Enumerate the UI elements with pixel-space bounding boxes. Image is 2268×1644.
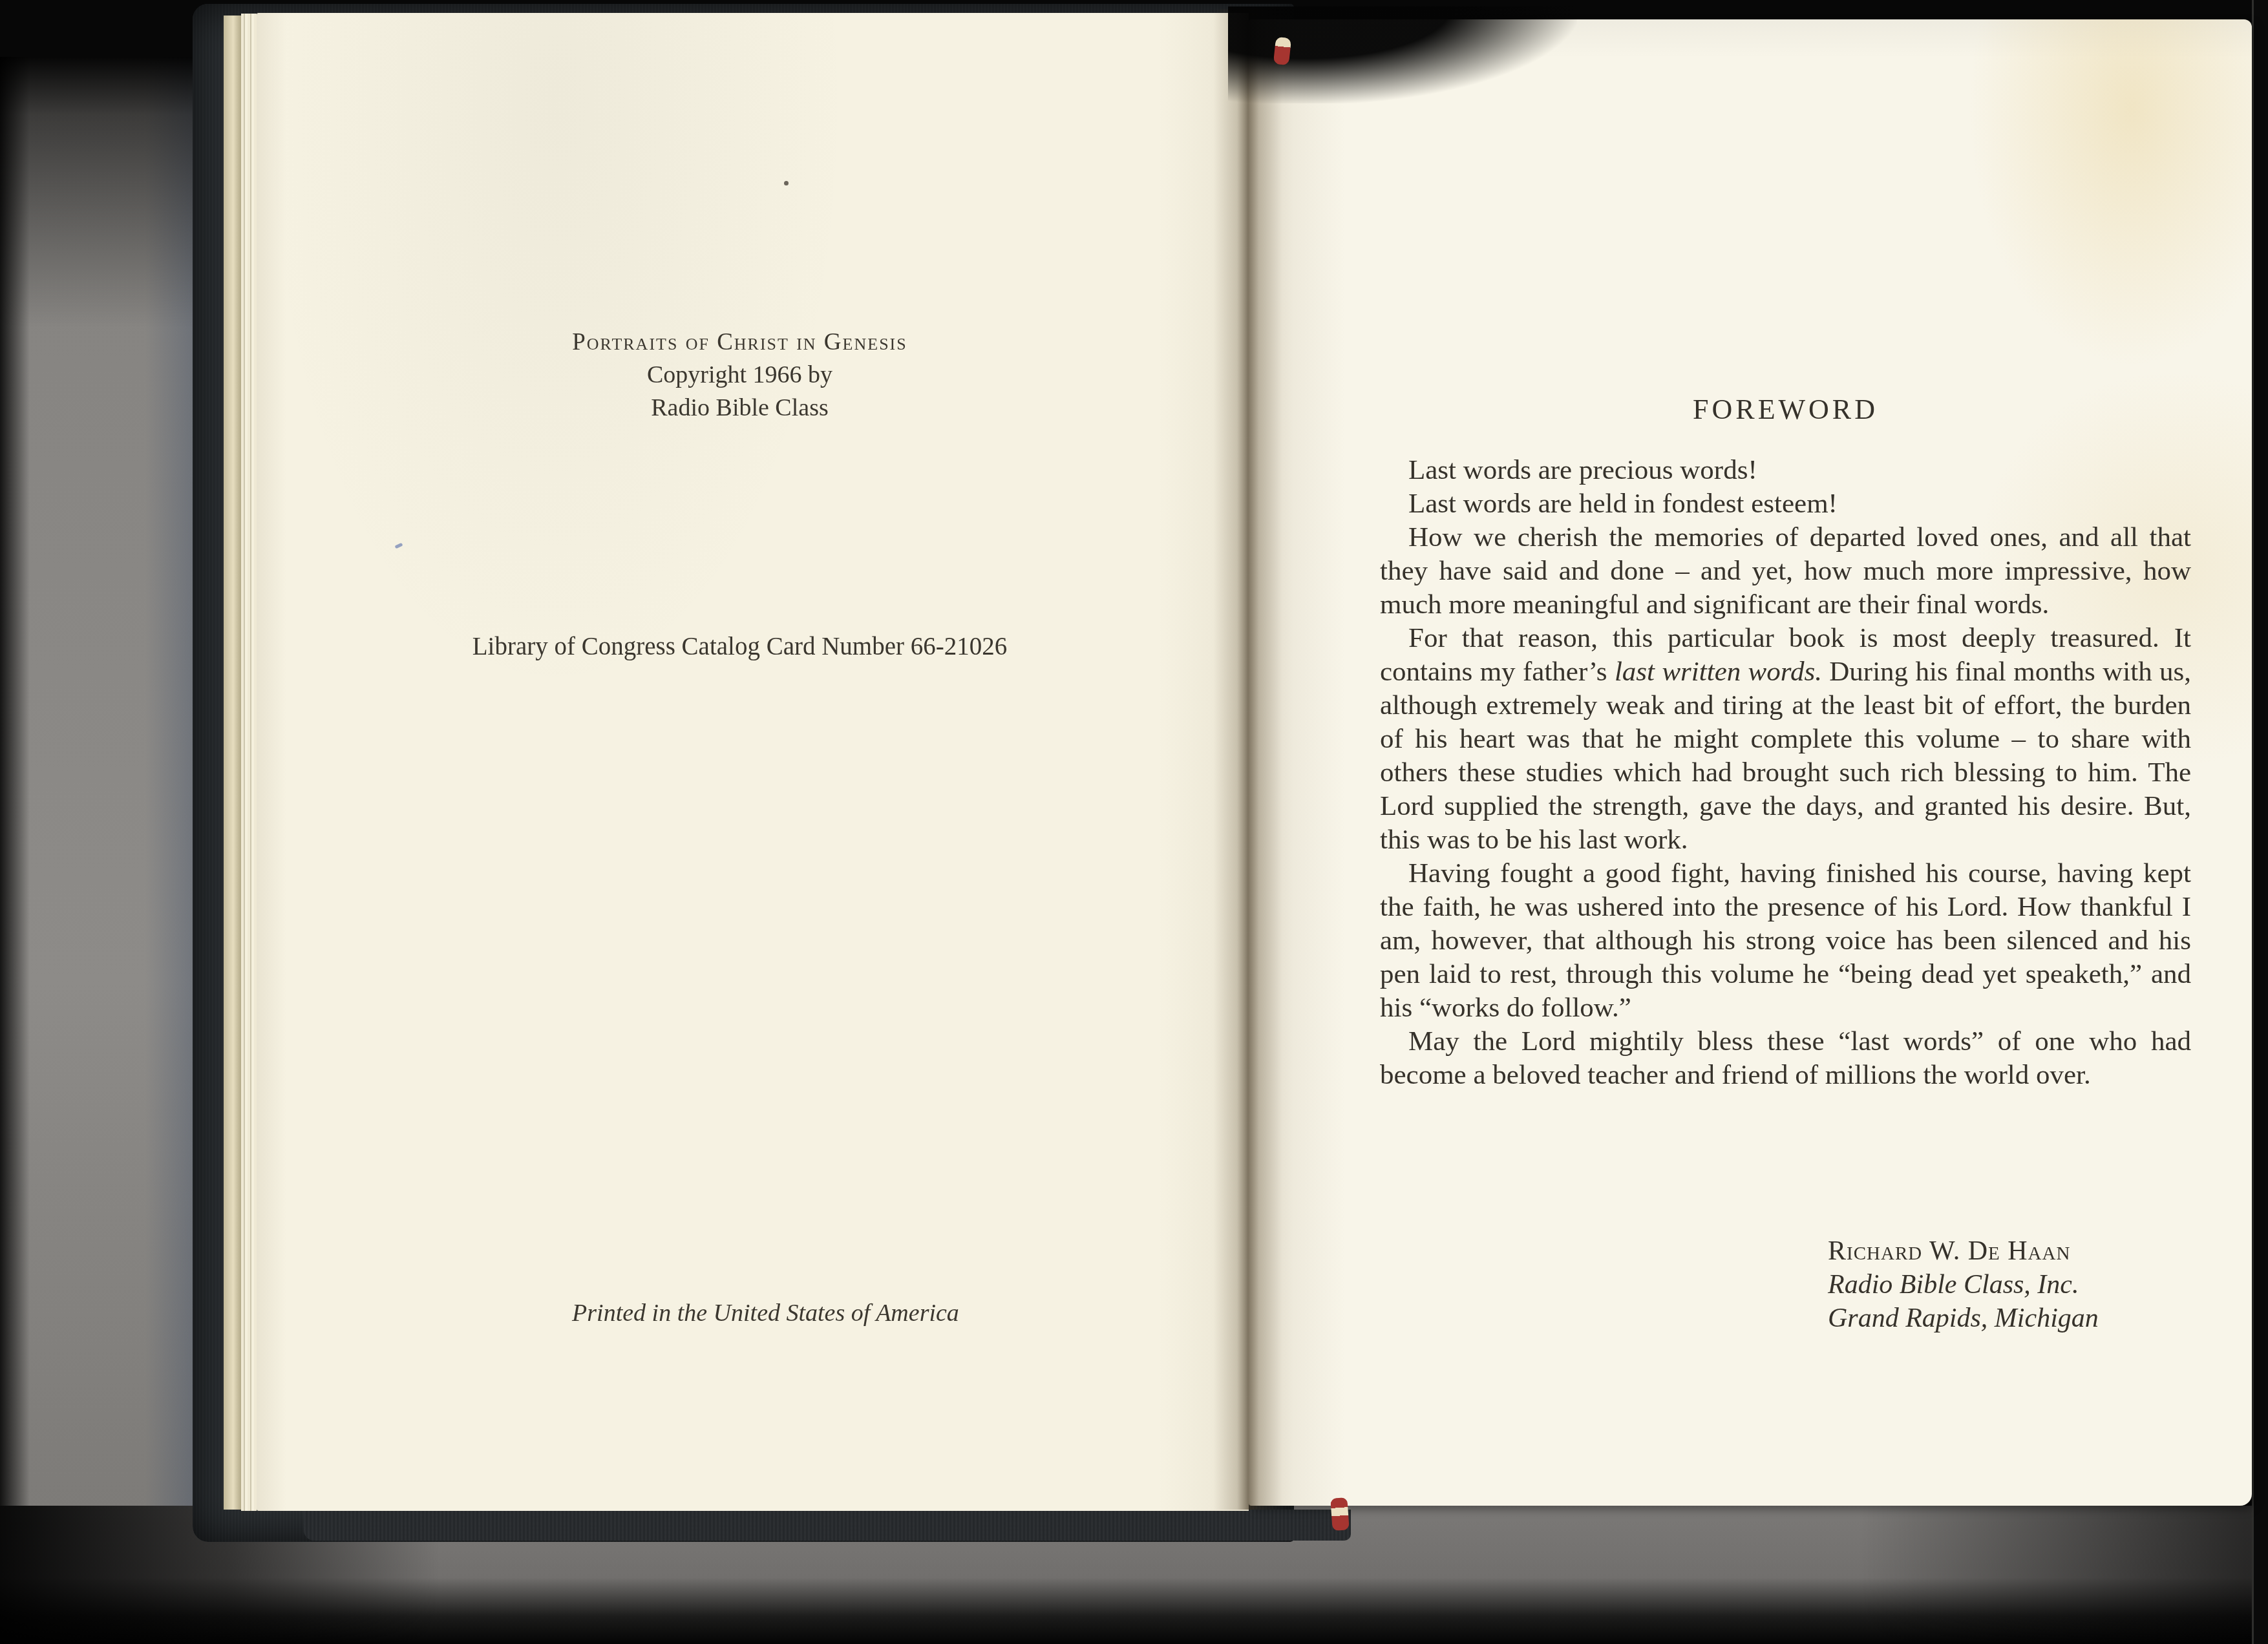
foreword-paragraph: Having fought a good fight, having finis… [1380,857,2191,1025]
headband-bottom [1330,1497,1349,1531]
catalog-card-line: Library of Congress Catalog Card Number … [257,632,1223,661]
scanner-bed-right-edge [2252,0,2268,1644]
endpaper-edge [224,16,241,1510]
publisher-line: Radio Bible Class [257,392,1223,425]
foreword-body: Last words are precious words! Last word… [1380,454,2191,1092]
paper-speck [784,181,789,185]
copyright-block: Portraits of Christ in Genesis Copyright… [257,326,1223,425]
signature-name: Richard W. De Haan [1828,1234,2190,1268]
book-title-line: Portraits of Christ in Genesis [257,326,1223,359]
copyright-line: Copyright 1966 by [257,359,1223,392]
headband-top [1273,37,1291,65]
gutter-shadow [1214,9,1282,1510]
signature-location: Grand Rapids, Michigan [1828,1301,2190,1335]
printed-in-usa-line: Printed in the United States of America [282,1299,1249,1327]
scanned-book-spread: Portraits of Christ in Genesis Copyright… [0,0,2268,1644]
right-page-foreword: FOREWORD Last words are precious words! … [1249,19,2252,1506]
foreword-paragraph: Last words are precious words! [1380,454,2191,487]
book-cover-bottom-edge [304,1510,1351,1541]
signature-organization: Radio Bible Class, Inc. [1828,1268,2190,1301]
foreword-paragraph: May the Lord mightily bless these “last … [1380,1025,2191,1092]
foreword-paragraph: How we cherish the memories of departed … [1380,521,2191,622]
ink-speck [395,543,403,549]
foreword-paragraph: Last words are held in fondest esteem! [1380,487,2191,521]
left-page-copyright: Portraits of Christ in Genesis Copyright… [257,13,1249,1511]
signature-block: Richard W. De Haan Radio Bible Class, In… [1828,1234,2190,1335]
page-edge-stack [241,14,257,1511]
foreword-paragraph: For that reason, this particular book is… [1380,622,2191,857]
foreword-heading: FOREWORD [1380,393,2191,426]
paragraph-segment-italic: last written words. [1615,657,1822,687]
